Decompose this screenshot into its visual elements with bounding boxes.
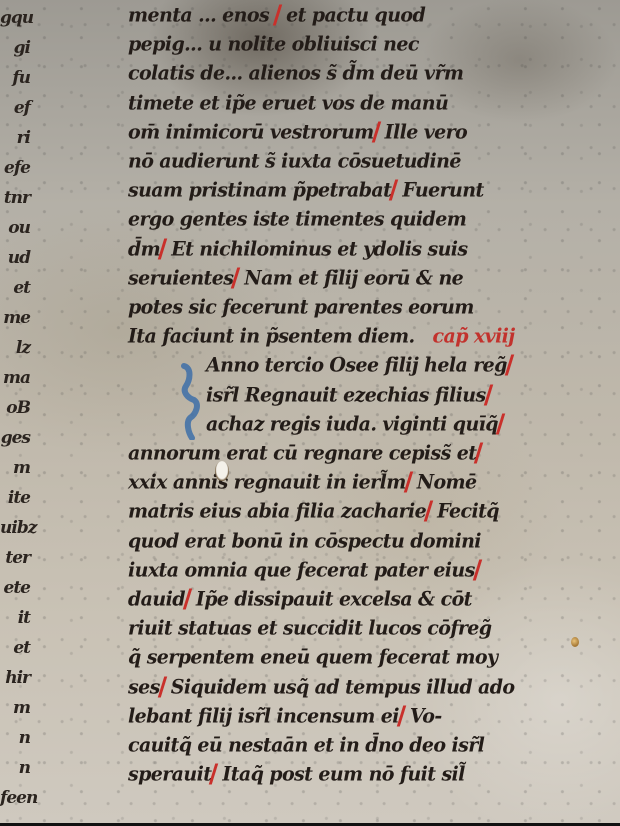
- line-text: pepig... u nolite obliuisci nec: [128, 33, 419, 56]
- line-text: iuxta omnia que fecerat pater eius: [128, 558, 475, 581]
- line-text: riuit statuas et succidit lucos cōfreg̃: [128, 617, 491, 640]
- manuscript-line: colatis de... alienos s̃ d̃m deū vr̃m: [128, 62, 463, 85]
- margin-fragment: tnr: [0, 188, 30, 208]
- margin-fragment: gi: [0, 38, 30, 58]
- manuscript-line: potes sic fecerunt parentes eorum: [128, 295, 474, 318]
- line-text: Anno tercio Osee filij hela reg̃: [206, 354, 507, 377]
- manuscript-line: q̃ serpentem eneū quem fecerat moy: [128, 646, 497, 669]
- margin-fragment: n: [0, 728, 30, 748]
- margin-fragment: ges: [0, 428, 30, 448]
- line-text: colatis de... alienos s̃ d̃m deū vr̃m: [128, 62, 463, 85]
- margin-fragment: me: [0, 308, 30, 328]
- line-text-continued: Siquidem usq̃ ad tempus illud ado: [165, 675, 515, 698]
- margin-fragment: ter: [0, 548, 30, 568]
- manuscript-line: isr̃l Regnauit ezechias filius: [206, 383, 491, 406]
- manuscript-line: cauitq̃ eū nestaān et in d̄no deo isr̃…: [128, 733, 484, 756]
- line-text: q̃ serpentem eneū quem fecerat moy: [128, 646, 497, 669]
- margin-fragment: ma: [0, 368, 30, 388]
- line-text-continued: Fecitq̃: [431, 500, 499, 523]
- line-text: xxix annis regnauit in ierl̃m: [128, 471, 406, 494]
- line-text: potes sic fecerunt parentes eorum: [128, 295, 474, 318]
- manuscript-line: seruientes Nam et filij eorū & ne: [128, 266, 463, 289]
- margin-fragment: n: [0, 758, 30, 778]
- manuscript-line: achaz regis iuda. viginti quīq̃: [206, 412, 503, 435]
- manuscript-line: suam pristinam p̃petrabat Fuerunt: [128, 179, 484, 202]
- margin-fragment: ud: [0, 248, 30, 268]
- line-text-continued: Nomē: [411, 471, 477, 494]
- manuscript-line: sperauit Itaq̃ post eum nō fuit sil̃: [128, 763, 465, 786]
- line-text: seruientes: [128, 266, 233, 289]
- line-text-continued: Itaq̃ post eum nō fuit sil̃: [216, 763, 464, 786]
- margin-fragment: ri: [0, 128, 30, 148]
- manuscript-line: iuxta omnia que fecerat pater eius: [128, 558, 480, 581]
- manuscript-line: menta ... enos et pactu quod: [128, 3, 425, 26]
- line-text: ses: [128, 675, 160, 698]
- manuscript-line: quod erat bonū in cōspectu domini: [128, 529, 481, 552]
- manuscript-line: Ita faciunt in p̃sentem diem.cap̃ xviij: [128, 325, 515, 348]
- margin-fragment: ite: [0, 488, 30, 508]
- line-text: d̄m: [128, 237, 160, 260]
- margin-fragment: efe: [0, 158, 30, 178]
- margin-fragment: gqu: [0, 8, 30, 28]
- line-text: isr̃l Regnauit ezechias filius: [206, 383, 486, 406]
- line-text: om̄ inimicorū vestrorum: [128, 120, 374, 143]
- line-text-continued: Vo-: [404, 704, 442, 727]
- margin-fragment: lz: [0, 338, 30, 358]
- manuscript-line: om̄ inimicorū vestrorum Ille vero: [128, 120, 467, 143]
- line-text: dauid: [128, 587, 185, 610]
- line-text-continued: Ip̃e dissipauit excelsa & cōt: [190, 587, 472, 610]
- left-margin-fragments: gqugifuefriefetnrouudetmelzmaoBgesmiteui…: [0, 0, 60, 823]
- line-text: matris eius abia filia zacharie: [128, 500, 426, 523]
- manuscript-line: ses Siquidem usq̃ ad tempus illud ado: [128, 675, 515, 698]
- line-text: annorum erat cū regnare cepiss̃ et: [128, 441, 476, 464]
- manuscript-line: dauid Ip̃e dissipauit excelsa & cōt: [128, 587, 472, 610]
- line-text-continued: Et nichilominus et ydolis suis: [165, 237, 467, 260]
- margin-fragment: m: [0, 458, 30, 478]
- line-text: sperauit: [128, 763, 211, 786]
- margin-fragment: ef: [0, 98, 30, 118]
- parchment-hole: [215, 461, 229, 481]
- line-text: timete et ip̃e eruet vos de manū: [128, 91, 448, 114]
- margin-fragment: feen: [0, 788, 30, 808]
- manuscript-line: Anno tercio Osee filij hela reg̃: [206, 354, 512, 377]
- manuscript-line: d̄m Et nichilominus et ydolis suis: [128, 237, 468, 260]
- margin-fragment: hir: [0, 668, 30, 688]
- line-text: lebant filij isr̃l incensum ei: [128, 704, 399, 727]
- wax-drop: [571, 637, 579, 647]
- margin-fragment: ou: [0, 218, 30, 238]
- line-text: achaz regis iuda. viginti quīq̃: [206, 412, 498, 435]
- manuscript-line: pepig... u nolite obliuisci nec: [128, 33, 419, 56]
- line-text: suam pristinam p̃petrabat: [128, 179, 391, 202]
- margin-fragment: fu: [0, 68, 30, 88]
- margin-fragment: uibz: [0, 518, 30, 538]
- manuscript-line: lebant filij isr̃l incensum ei Vo-: [128, 704, 442, 727]
- line-text: quod erat bonū in cōspectu domini: [128, 529, 481, 552]
- line-text: menta ... enos: [128, 3, 275, 26]
- line-text: Ita faciunt in p̃sentem diem.: [128, 325, 415, 348]
- line-text-continued: Fuerunt: [396, 179, 483, 202]
- manuscript-line: ergo gentes iste timentes quidem: [128, 208, 466, 231]
- manuscript-line: nō audierunt s̃ iuxta cōsuetudinē: [128, 149, 461, 172]
- manuscript-line: xxix annis regnauit in ierl̃m Nomē: [128, 471, 477, 494]
- blue-initial-letter: [178, 362, 204, 440]
- margin-fragment: et: [0, 278, 30, 298]
- manuscript-line: matris eius abia filia zacharie Fecitq̃: [128, 500, 499, 523]
- line-text-continued: Ille vero: [379, 120, 467, 143]
- line-text: cauitq̃ eū nestaān et in d̄no deo isr̃…: [128, 733, 484, 756]
- margin-fragment: ete: [0, 578, 30, 598]
- manuscript-line: annorum erat cū regnare cepiss̃ et: [128, 441, 481, 464]
- line-text: ergo gentes iste timentes quidem: [128, 208, 466, 231]
- manuscript-page: gqugifuefriefetnrouudetmelzmaoBgesmiteui…: [0, 0, 620, 823]
- line-text-continued: et pactu quod: [280, 3, 425, 26]
- margin-fragment: it: [0, 608, 30, 628]
- line-text: nō audierunt s̃ iuxta cōsuetudinē: [128, 149, 461, 172]
- line-text-continued: Nam et filij eorū & ne: [238, 266, 463, 289]
- margin-fragment: oB: [0, 398, 30, 418]
- chapter-rubric: cap̃ xviij: [433, 325, 515, 348]
- margin-fragment: m: [0, 698, 30, 718]
- manuscript-line: timete et ip̃e eruet vos de manū: [128, 91, 448, 114]
- manuscript-line: riuit statuas et succidit lucos cōfreg̃: [128, 617, 491, 640]
- margin-fragment: et: [0, 638, 30, 658]
